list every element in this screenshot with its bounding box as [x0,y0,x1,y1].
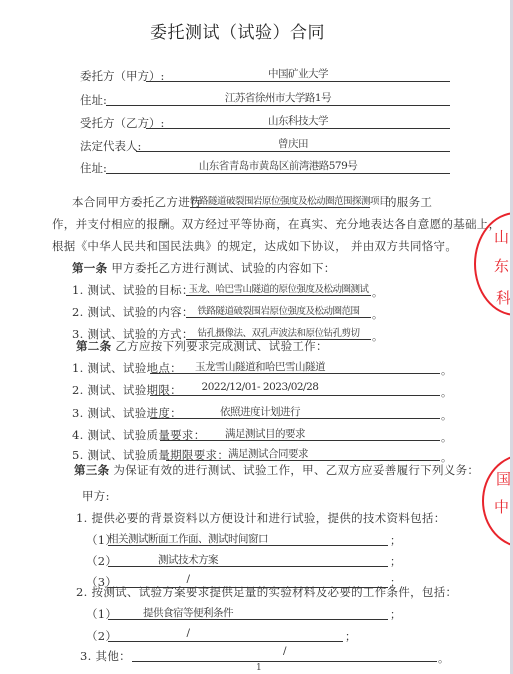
item-label: 1. 测试、试验的目标： [72,282,194,298]
intro-line-2: 作，并支付相应的报酬。双方经过平等协商，在真实、充分地表达各自意愿的基础上， [52,216,500,232]
seal-char: 东 [494,255,509,276]
article-3-text: 为保证有效的进行测试、试验工作，甲、乙双方应妥善履行下列义务： [113,463,479,477]
article-3-item-3-label: 3. 其他： [80,648,131,664]
item-value: 钻孔摄像法、双孔声波法和原位钻孔剪切 [186,325,371,339]
article-1-heading: 第一条 [72,261,107,275]
sub-item-value: 相关测试断面工作面、测试时间窗口 [108,531,268,546]
seal-char: 中 [494,496,509,517]
sub-item-end: ； [390,553,401,569]
fill-line [150,395,440,396]
legal-rep-label: 法定代表人: [80,138,141,154]
item-end: 。 [372,306,383,322]
article-1-text: 甲方委托乙方进行测试、试验的内容如下： [111,261,335,275]
seal-char: 科 [496,287,511,308]
item-value: 玉龙雪山隧道和哈巴雪山隧道 [150,359,370,374]
project-name: 铁路隧道破裂围岩原位强度及松动圈范围探测项目 [190,193,370,207]
item-3-line [132,661,437,662]
contractor-line [146,128,450,129]
client-address-value: 江苏省徐州市大学路1号 [106,90,450,105]
item-end: 。 [372,284,383,300]
fill-line [186,317,371,318]
party-a-label: 甲方: [82,488,110,504]
article-2-heading: 第二条 [76,339,111,353]
sub-item-end: ； [390,606,401,622]
page-title: 委托测试（试验）合同 [150,18,325,43]
item-label: 2. 测试、试验的内容： [72,304,194,320]
article-3-item-3-value: / [132,645,437,657]
intro-line-3: 根据《中华人民共和国民法典》的规定，达成如下协议， 并由双方共同恪守。 [52,238,457,254]
article-3-item-2: 2. 按测试、试验方案要求提供足量的实验材料及必要的工作条件，包括： [76,584,457,600]
client-line [146,81,450,82]
item-3-end: 。 [438,650,449,666]
client-address-line [106,105,450,106]
fill-line [186,295,371,296]
item-value: 铁路隧道破裂围岩原位强度及松动圈范围 [186,303,371,317]
contractor-address-value: 山东省青岛市黄岛区前湾港路579号 [106,158,450,173]
legal-rep-value: 曾庆田 [136,136,450,151]
article-3-item-1: 1. 提供必要的背景资料以方便设计和进行试验，提供的技术资料包括： [76,510,446,526]
client-value: 中国矿业大学 [146,66,450,81]
sub-item-value: 提供食宿等便利条件 [108,605,268,620]
article-3-heading: 第三条 [74,463,109,477]
item-value: 玉龙、哈巴雪山隧道的原位强度及松动圈测试 [186,281,371,295]
item-end: 。 [441,362,452,378]
sub-item-end: ； [390,532,401,548]
item-end: 。 [441,429,452,445]
fill-line [108,641,343,642]
intro-prefix: 本合同甲方委托乙方进行 [72,194,202,210]
seal-char: 国 [496,468,511,489]
item-value: 满足测试合同要求 [166,446,370,461]
sub-item-end: ； [345,628,356,644]
client-address-label: 住址: [80,92,107,108]
project-line [190,207,370,208]
item-value: 2022/12/01- 2023/02/28 [150,381,370,393]
seal-char: 山 [494,226,509,247]
contractor-address-label: 住址: [80,160,107,176]
item-end: 。 [372,328,383,344]
article-2-text: 乙方应按下列要求完成测试、试验工作： [115,339,327,353]
legal-rep-line [136,151,450,152]
sub-item-value: / [108,627,268,639]
intro-suffix: 的服务工 [385,194,432,210]
item-end: 。 [441,407,452,423]
contractor-address-line [106,173,450,174]
contractor-value: 山东科技大学 [146,113,450,128]
item-value: 依照进度计划进行 [150,404,370,419]
item-end: 。 [441,384,452,400]
page-number: 1 [256,663,262,673]
sub-item-value: 测试技术方案 [108,552,268,567]
item-value: 满足测试目的要求 [160,426,370,441]
